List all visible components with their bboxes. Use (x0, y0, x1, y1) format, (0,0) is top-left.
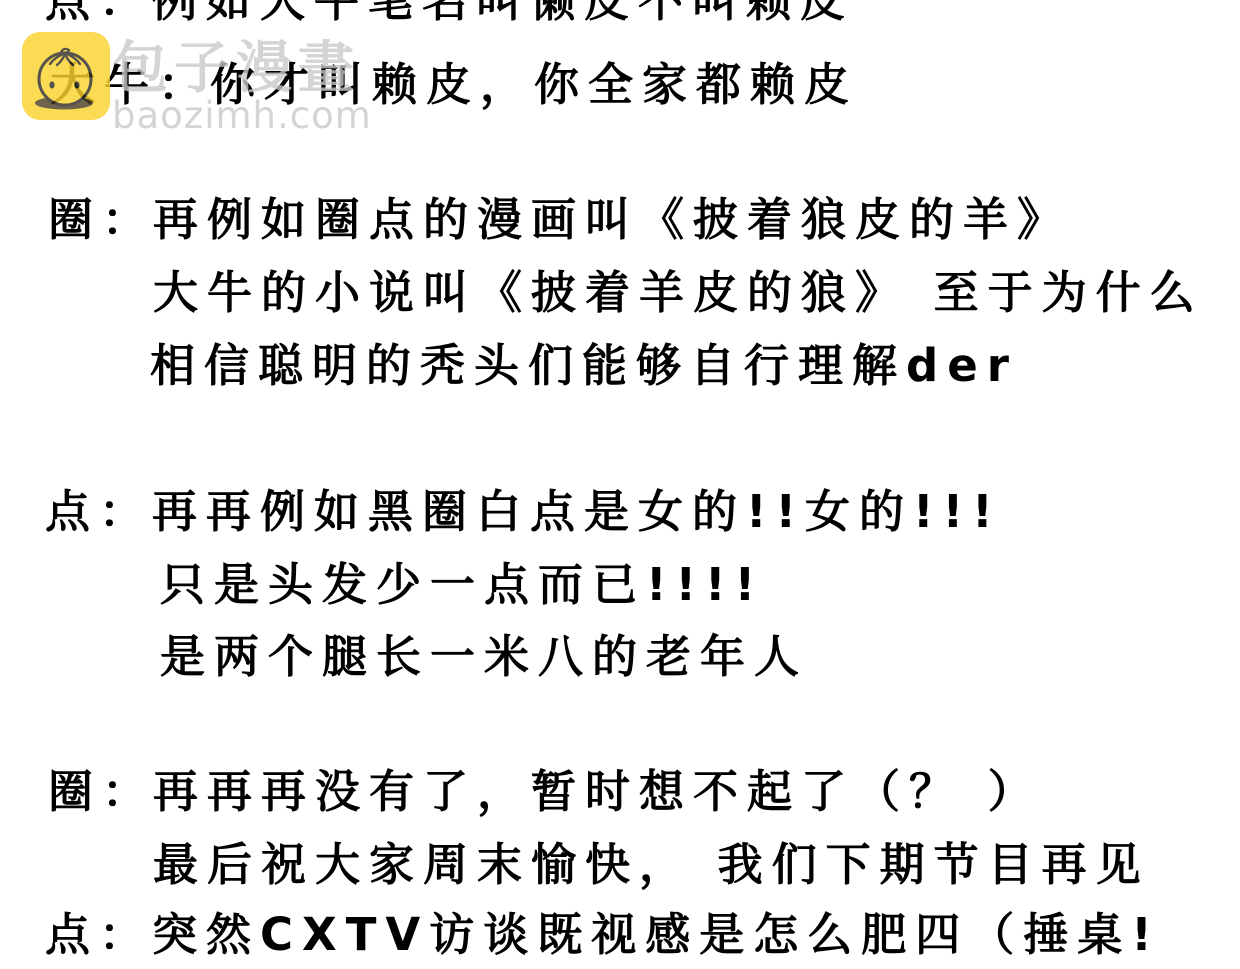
dialogue-text: 是两个腿长一米八的老年人 (160, 630, 808, 683)
watermark-site-name: 包子漫畫 (112, 24, 360, 104)
dialogue-text: 大牛的小说叫《披着羊皮的狼》 至于为什么 (153, 266, 1204, 319)
comic-text-page: 点： 例如大牛笔名叫懒皮不叫赖皮 大牛： 你才叫赖皮，你全家都赖皮 圈： 再例如… (0, 0, 1240, 969)
speaker-label: 点： (45, 908, 153, 961)
dialogue-text: 再再例如黑圈白点是女的!!女的!!! (152, 485, 1002, 538)
speaker-label: 圈： (48, 765, 156, 818)
watermark-site-url: baozimh.com (112, 94, 372, 137)
dialogue-text: 相信聪明的秃头们能够自行理解der (150, 339, 1018, 392)
dialogue-text: 再再再没有了，暂时想不起了（？ ） (153, 765, 1042, 818)
speaker-label: 点： (45, 485, 153, 538)
dialogue-text: 突然CXTV访谈既视感是怎么肥四（捶桌! (152, 908, 1161, 961)
dialogue-text: 最后祝大家周末愉快， 我们下期节目再见 (153, 838, 1150, 891)
baozi-bun-icon (22, 32, 110, 120)
dialogue-text: 再例如圈点的漫画叫《披着狼皮的羊》 (153, 193, 1071, 246)
speaker-label: 圈： (48, 193, 156, 246)
dialogue-text: 只是头发少一点而已!!!! (160, 558, 764, 611)
